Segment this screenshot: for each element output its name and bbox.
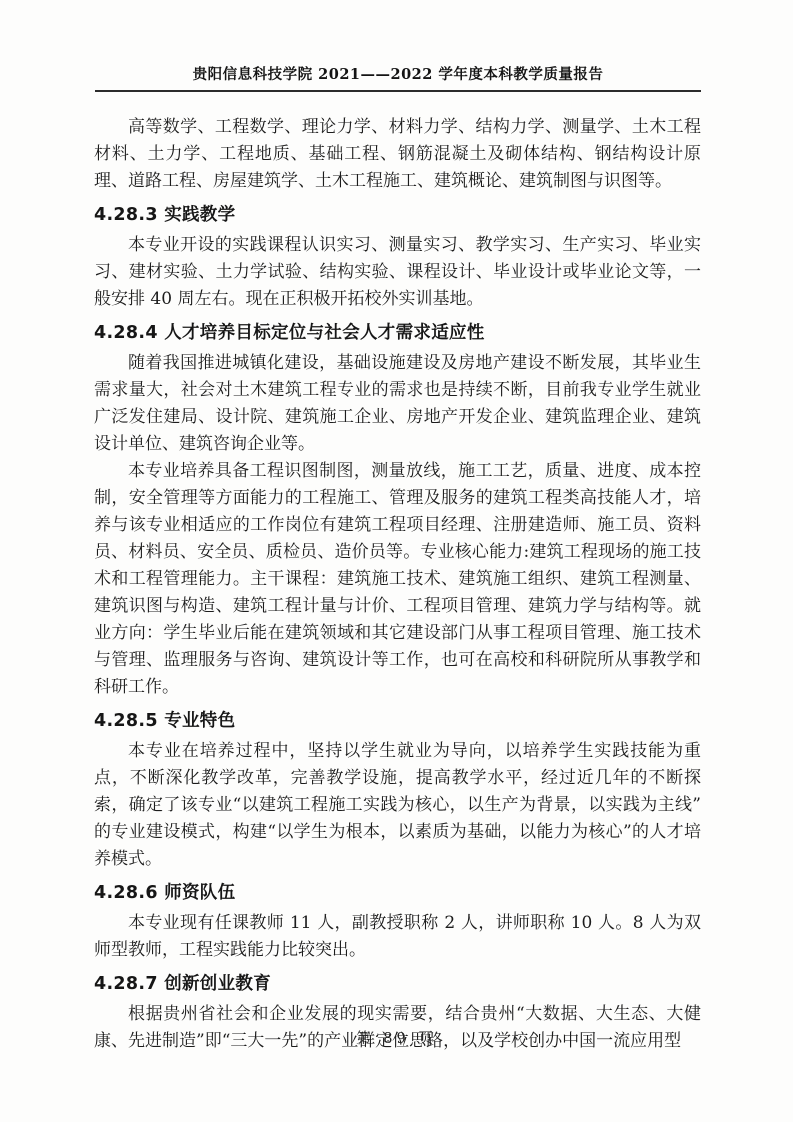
paragraph-training-goals: 本专业培养具备工程识图制图，测量放线，施工工艺，质量、进度、成本控制，安全管理等…: [94, 458, 701, 701]
page-footer: 第 89 页: [0, 1027, 793, 1048]
paragraph-major-features: 本专业在培养过程中，坚持以学生就业为导向，以培养学生实践技能为重点，不断深化教学…: [94, 738, 701, 873]
heading-practice-teaching: 4.28.3 实践教学: [94, 202, 701, 229]
document-page: 贵阳信息科技学院 2021——2022 学年度本科教学质量报告 高等数学、工程数…: [0, 0, 793, 1122]
paragraph-faculty-team: 本专业现有任课教师 11 人，副教授职称 2 人，讲师职称 10 人。8 人为双…: [94, 910, 701, 964]
paragraph-talent-demand: 随着我国推进城镇化建设，基础设施建设及房地产建设不断发展，其毕业生需求量大，社会…: [94, 350, 701, 458]
page-header: 贵阳信息科技学院 2021——2022 学年度本科教学质量报告: [95, 0, 701, 92]
heading-talent-target: 4.28.4 人才培养目标定位与社会人才需求适应性: [94, 320, 701, 347]
heading-major-features: 4.28.5 专业特色: [94, 708, 701, 735]
paragraph-practice-teaching: 本专业开设的实践课程认识实习、测量实习、教学实习、生产实习、毕业实习、建材实验、…: [94, 232, 701, 313]
page-content: 高等数学、工程数学、理论力学、材料力学、结构力学、测量学、土木工程材料、土力学、…: [94, 92, 701, 1055]
heading-innovation-education: 4.28.7 创新创业教育: [94, 971, 701, 998]
header-title: 贵阳信息科技学院 2021——2022 学年度本科教学质量报告: [95, 63, 701, 84]
heading-faculty-team: 4.28.6 师资队伍: [94, 880, 701, 907]
paragraph-course-list: 高等数学、工程数学、理论力学、材料力学、结构力学、测量学、土木工程材料、土力学、…: [94, 114, 701, 195]
page-number: 第 89 页: [356, 1031, 437, 1047]
